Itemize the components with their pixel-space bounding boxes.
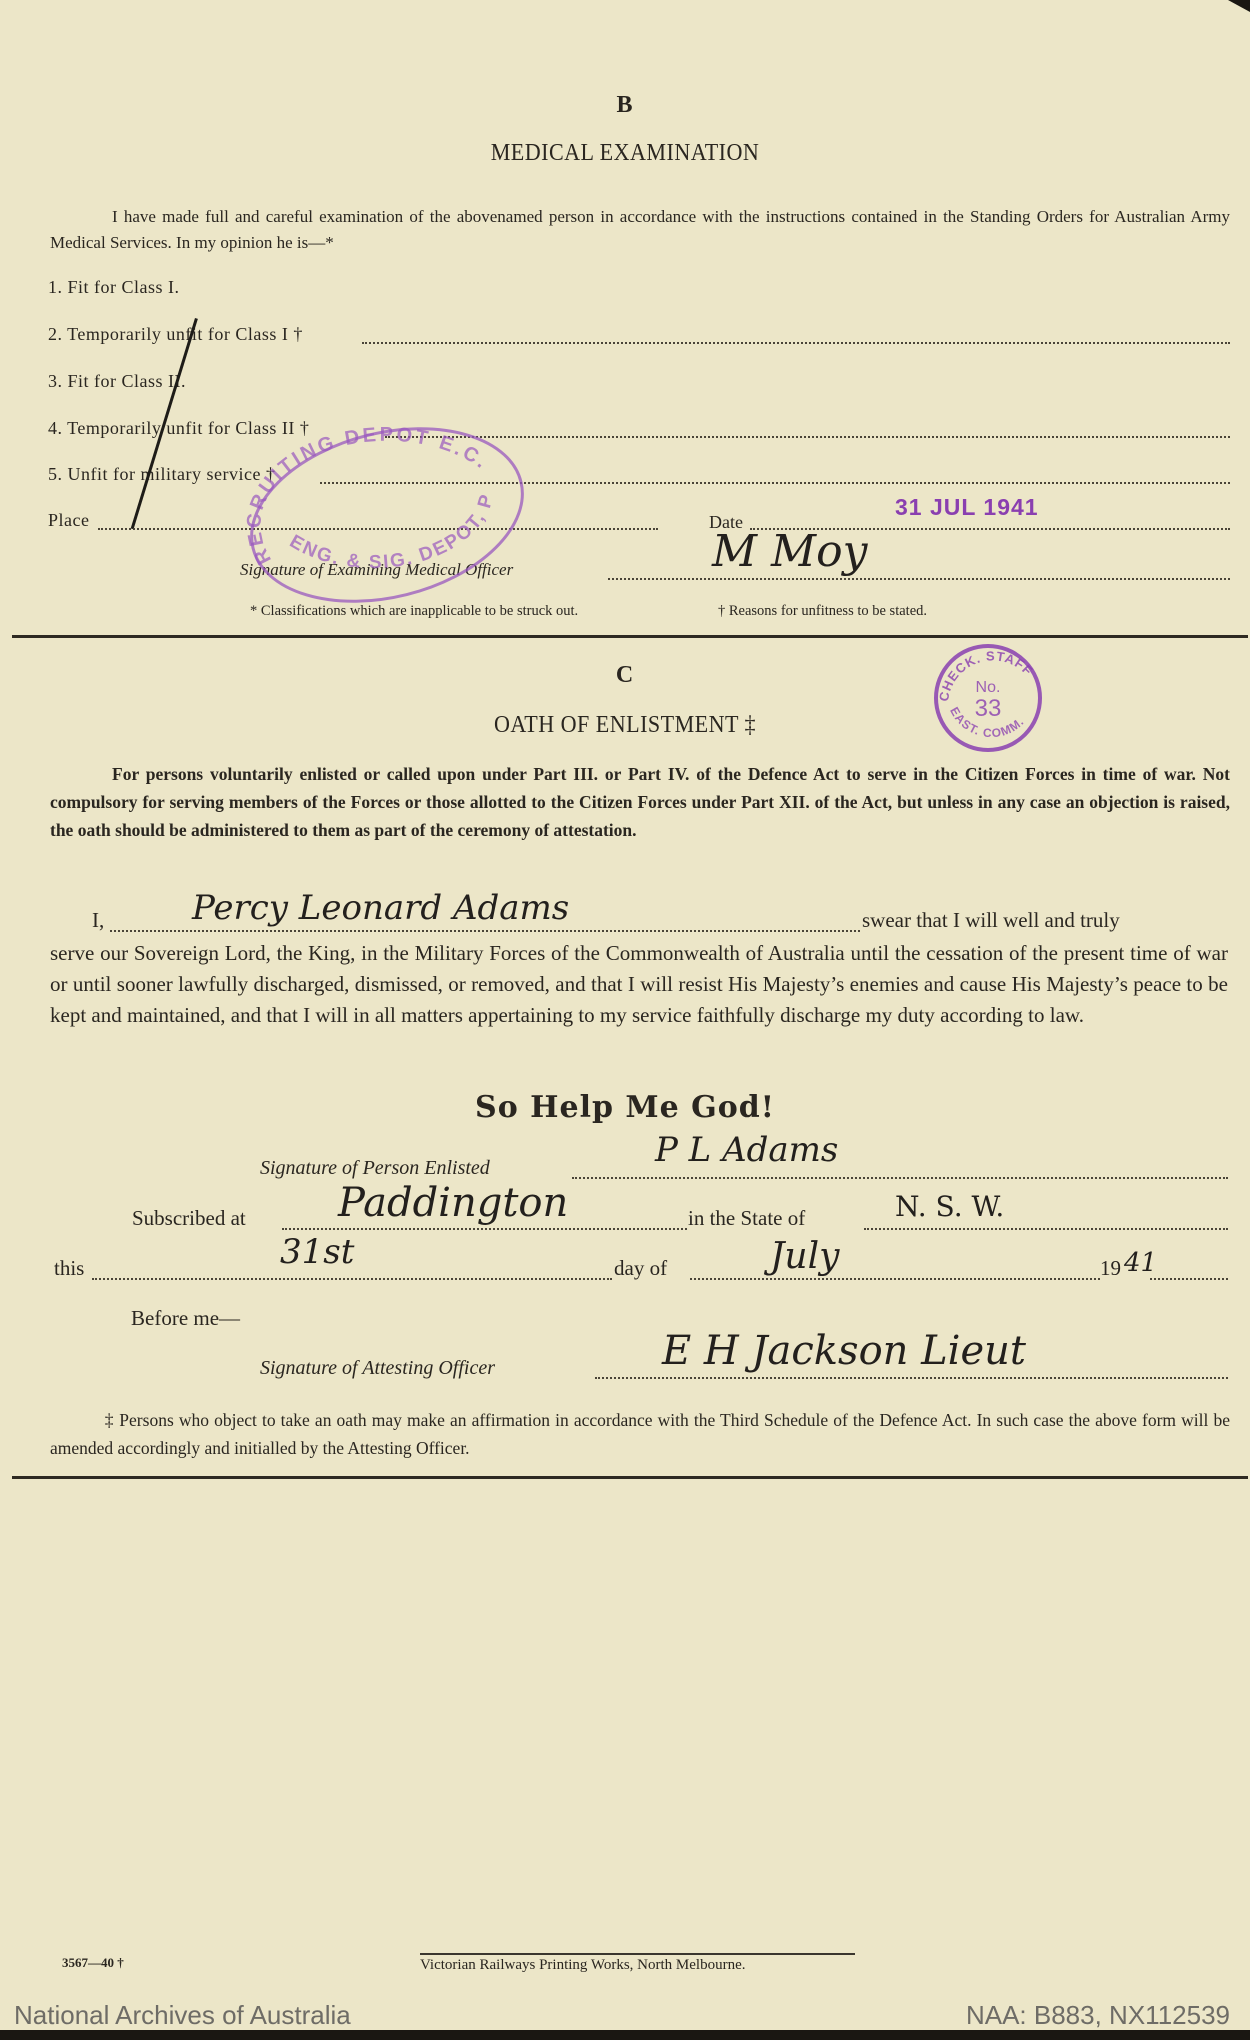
document-page: B MEDICAL EXAMINATION I have made full a… [0, 0, 1250, 2030]
attesting-officer-signature: E H Jackson Lieut [662, 1328, 1026, 1374]
oath-body: serve our Sovereign Lord, the King, in t… [50, 938, 1228, 1031]
medical-officer-signature: M Moy [712, 526, 867, 577]
footnote-reasons: † Reasons for unfitness to be stated. [718, 603, 927, 620]
day-line [92, 1278, 612, 1280]
person-enlisted-signature: P L Adams [655, 1130, 838, 1170]
closing-phrase: So Help Me God! [0, 1090, 1250, 1125]
this-label: this [54, 1256, 84, 1281]
subscribed-at-label: Subscribed at [132, 1206, 246, 1231]
archive-reference: NAA: B883, NX112539 [966, 2000, 1230, 2031]
section-b-intro: I have made full and careful examination… [50, 204, 1230, 256]
oath-prefix: I, [92, 908, 104, 933]
place-label: Place [48, 510, 89, 531]
state-label: in the State of [688, 1206, 805, 1231]
year-line [1150, 1278, 1228, 1280]
classification-item-2: 2. Temporarily unfit for Class I † [48, 324, 303, 345]
attesting-officer-signature-label: Signature of Attesting Officer [260, 1357, 495, 1380]
section-end-divider [12, 1476, 1248, 1479]
printer-imprint: Victorian Railways Printing Works, North… [420, 1957, 746, 1974]
day-value: 31st [280, 1232, 354, 1272]
archive-name: National Archives of Australia [14, 2000, 351, 2031]
oath-first-line-suffix: swear that I will well and truly [862, 908, 1120, 933]
attesting-officer-signature-line [595, 1377, 1228, 1379]
before-me-label: Before me— [131, 1306, 240, 1331]
form-number: 3567—40 † [62, 1955, 124, 1971]
month-value: July [770, 1236, 839, 1277]
person-enlisted-signature-label: Signature of Person Enlisted [260, 1157, 490, 1180]
recruiting-depot-stamp: RECRUITING DEPOT E.C. ENG. & SIG. DEPOT,… [242, 420, 532, 610]
printer-rule [420, 1953, 855, 1955]
medical-officer-signature-line [608, 578, 1230, 580]
subscribed-at-line [282, 1228, 687, 1230]
state-line [864, 1228, 1228, 1230]
section-c-intro: For persons voluntarily enlisted or call… [50, 760, 1230, 844]
oath-name-line [110, 930, 860, 932]
section-b-letter: B [0, 92, 1250, 119]
day-of-label: day of [614, 1256, 667, 1281]
date-stamp: 31 JUL 1941 [895, 494, 1039, 521]
section-b-title: MEDICAL EXAMINATION [50, 140, 1200, 167]
section-divider [12, 635, 1248, 638]
classification-item-3: 3. Fit for Class II. [48, 371, 186, 392]
month-line [690, 1278, 1100, 1280]
classification-item-1: 1. Fit for Class I. [48, 277, 180, 298]
year-prefix: 19 [1100, 1256, 1121, 1281]
year-value: 41 [1124, 1248, 1157, 1278]
person-enlisted-signature-line [572, 1177, 1228, 1179]
section-c-title: OATH OF ENLISTMENT ‡ [50, 712, 1200, 739]
oath-name-handwritten: Percy Leonard Adams [192, 888, 569, 928]
state-value: N. S. W. [895, 1190, 1004, 1223]
subscribed-at-value: Paddington [338, 1180, 568, 1226]
section-c-letter: C [0, 662, 1250, 689]
item-2-reason-line [362, 342, 1230, 344]
affirmation-footnote: ‡ Persons who object to take an oath may… [50, 1406, 1230, 1462]
